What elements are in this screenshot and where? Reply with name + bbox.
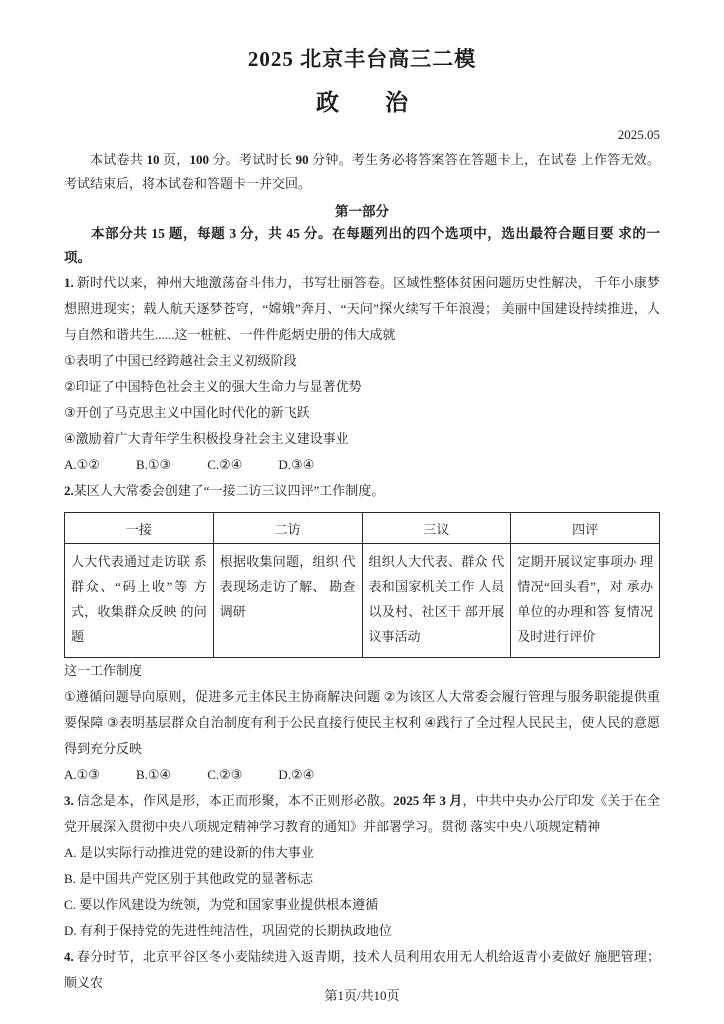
exam-date: 2025.05 xyxy=(64,126,660,144)
q1-choice-c: C.②④ xyxy=(207,457,242,472)
table-cell-sanyi: 组织人大代表、群众 代表和国家机关工作 人员以及村、社区干 部开展议事活动 xyxy=(362,544,511,658)
table-cell-siping: 定期开展议定事项办 理情况“回头看”，对 承办单位的办理和答 复情况及时进行评价 xyxy=(511,544,660,658)
q3-option-a: A. 是以实际行动推进党的建设新的伟大事业 xyxy=(64,840,660,866)
question-1-stem: 1.新时代以来，神州大地激荡奋斗伟力，书写壮丽答卷。区域性整体贫困问题历史性解决… xyxy=(64,270,660,348)
notice-text: 本试卷共 xyxy=(90,152,147,167)
page-number: 第1页/共10页 xyxy=(0,985,724,1004)
question-3-number: 3. xyxy=(64,793,74,808)
exam-title: 2025 北京丰台高三二模 xyxy=(64,0,660,72)
table-cell-erfang: 根据收集问题，组织 代表现场走访了解、 勘查调研 xyxy=(213,544,362,658)
q2-choice-d: D.②④ xyxy=(278,767,314,782)
question-1-text: 新时代以来，神州大地激荡奋斗伟力，书写壮丽答卷。区域性整体贫困问题历史性解决， … xyxy=(64,275,660,342)
table-header-row: 一接 二访 三议 四评 xyxy=(65,513,660,544)
q3-option-b: B. 是中国共产党区别于其他政党的显著标志 xyxy=(64,866,660,892)
notice-text: 分。考试时长 xyxy=(209,152,296,167)
work-system-table: 一接 二访 三议 四评 人大代表通过走访联 系群众、“码上收”等 方式，收集群众… xyxy=(64,512,660,658)
question-2-number: 2. xyxy=(64,483,74,498)
q1-choice-d: D.③④ xyxy=(278,457,314,472)
q1-statement-2: ②印证了中国特色社会主义的强大生命力与显著优势 xyxy=(64,374,660,400)
table-header-erfang: 二访 xyxy=(213,513,362,544)
notice-total-score: 100 xyxy=(190,152,210,167)
q1-statement-3: ③开创了马克思主义中国化时代化的新飞跃 xyxy=(64,400,660,426)
q1-choice-a: A.①② xyxy=(64,457,100,472)
q3-option-c: C. 要以作风建设为统领，为党和国家事业提供根本遵循 xyxy=(64,892,660,918)
notice-pages-count: 10 xyxy=(147,152,160,167)
part-one-instruction: 本部分共 15 题，每题 3 分，共 45 分。在每题列出的四个选项中，选出最符… xyxy=(64,222,660,270)
exam-page: 2025 北京丰台高三二模 政 治 2025.05 本试卷共 10 页，100 … xyxy=(0,0,724,1024)
q1-statement-1: ①表明了中国已经跨越社会主义初级阶段 xyxy=(64,348,660,374)
question-3-stem: 3.信念是本，作风是形，本正而形聚，本不正则形必散。2025 年 3 月，中共中… xyxy=(64,788,660,840)
q2-choice-a: A.①③ xyxy=(64,767,100,782)
q2-lead: 这一工作制度 xyxy=(64,658,660,684)
q3-option-d: D. 有利于保持党的先进性纯洁性，巩固党的长期执政地位 xyxy=(64,918,660,944)
q1-statement-4: ④激励着广大青年学生积极投身社会主义建设事业 xyxy=(64,426,660,452)
q2-choice-c: C.②③ xyxy=(207,767,242,782)
q1-choices: A.①②B.①③C.②④D.③④ xyxy=(64,452,660,478)
table-header-sanyi: 三议 xyxy=(362,513,511,544)
question-2-text: 某区人大常委会创建了“一接二访三议四评”工作制度。 xyxy=(74,483,385,498)
q2-choices: A.①③B.①④C.②③D.②④ xyxy=(64,762,660,788)
table-header-siping: 四评 xyxy=(511,513,660,544)
question-1-number: 1. xyxy=(64,275,74,290)
q1-choice-b: B.①③ xyxy=(136,457,171,472)
question-2-stem: 2.某区人大常委会创建了“一接二访三议四评”工作制度。 xyxy=(64,478,660,504)
table-cell-yijie: 人大代表通过走访联 系群众、“码上收”等 方式，收集群众反映 的问题 xyxy=(65,544,214,658)
table-header-yijie: 一接 xyxy=(65,513,214,544)
table-body-row: 人大代表通过走访联 系群众、“码上收”等 方式，收集群众反映 的问题 根据收集问… xyxy=(65,544,660,658)
part-one-heading: 第一部分 xyxy=(64,202,660,222)
notice-text: 页， xyxy=(160,152,190,167)
exam-subject: 政 治 xyxy=(64,88,660,118)
question-4-number: 4. xyxy=(64,949,74,964)
exam-notice: 本试卷共 10 页，100 分。考试时长 90 分钟。考生务必将答案答在答题卡上… xyxy=(64,148,660,196)
question-3-date: 2025 年 3 月 xyxy=(393,793,462,808)
notice-duration: 90 xyxy=(296,152,309,167)
q2-statements: ①遵循问题导向原则，促进多元主体民主协商解决问题 ②为该区人大常委会履行管理与服… xyxy=(64,684,660,762)
q2-choice-b: B.①④ xyxy=(136,767,171,782)
question-3-text: 信念是本，作风是形，本正而形聚，本不正则形必散。 xyxy=(77,793,394,808)
question-4-text: 春分时节，北京平谷区冬小麦陆续进入返青期，技术人员利用农用无人机给返青小麦做好 … xyxy=(64,949,660,990)
